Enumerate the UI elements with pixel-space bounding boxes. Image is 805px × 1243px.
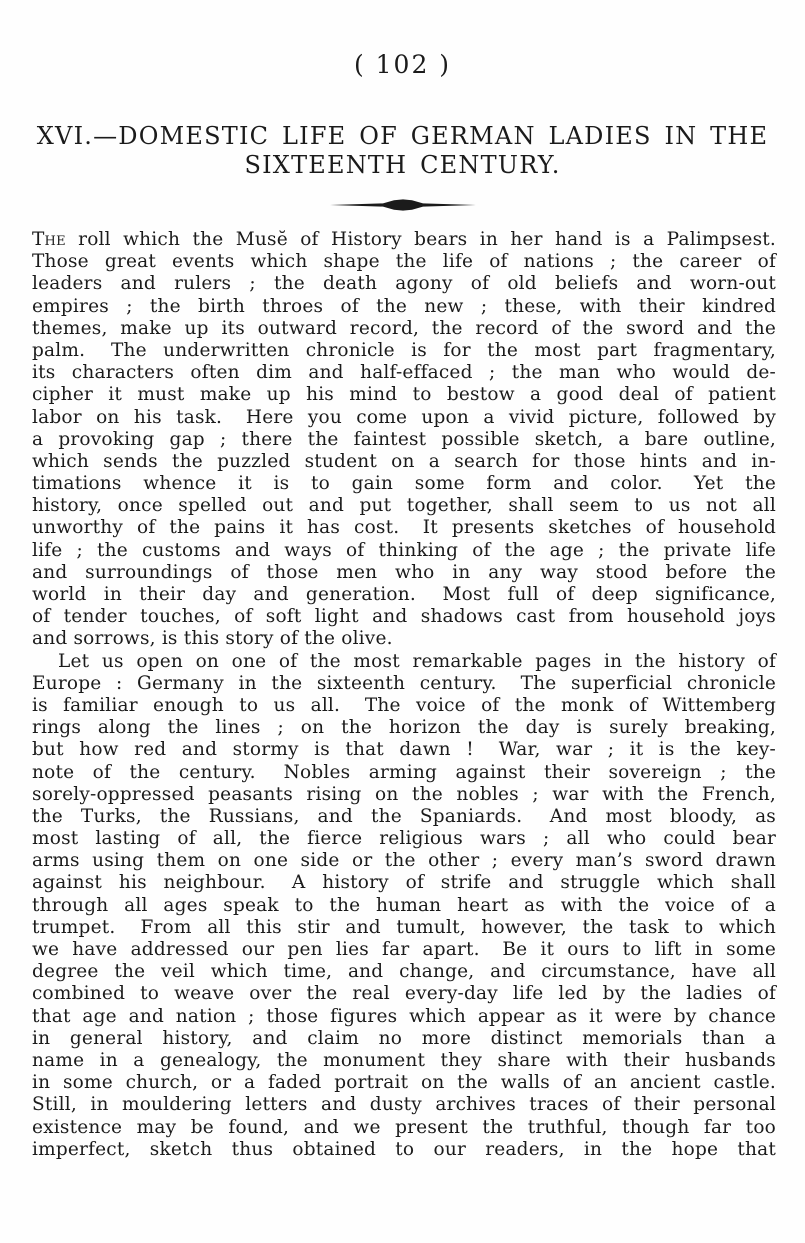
text-line: in general history, and claim no more di… xyxy=(32,1028,776,1050)
text-line: but how red and stormy is that dawn ! Wa… xyxy=(32,739,776,761)
text-line: its characters often dim and half-efface… xyxy=(32,362,776,384)
article-title-line-2: SIXTEENTH CENTURY. xyxy=(0,151,805,180)
section-divider-ornament xyxy=(328,197,478,211)
text-line: against his neighbour. A history of stri… xyxy=(32,872,776,894)
text-line: is familiar enough to us all. The voice … xyxy=(32,695,776,717)
book-page: ( 102 ) XVI.—DOMESTIC LIFE OF GERMAN LAD… xyxy=(0,0,805,1243)
text-line: Those great events which shape the life … xyxy=(32,251,776,273)
article-title: XVI.—DOMESTIC LIFE OF GERMAN LADIES IN T… xyxy=(0,122,805,180)
text-line: empires ; the birth throes of the new ; … xyxy=(32,296,776,318)
text-line: we have addressed our pen lies far apart… xyxy=(32,939,776,961)
text-line: world in their day and generation. Most … xyxy=(32,584,776,606)
text-line: history, once spelled out and put togeth… xyxy=(32,495,776,517)
text-line: Europe : Germany in the sixteenth centur… xyxy=(32,673,776,695)
text-line: timations whence it is to gain some form… xyxy=(32,473,776,495)
text-line: which sends the puzzled student on a sea… xyxy=(32,451,776,473)
text-line: in some church, or a faded portrait on t… xyxy=(32,1072,776,1094)
text-line: arms using them on one side or the other… xyxy=(32,850,776,872)
text-line: Still, in mouldering letters and dusty a… xyxy=(32,1094,776,1116)
text-line: a provoking gap ; there the faintest pos… xyxy=(32,429,776,451)
text-line: through all ages speak to the human hear… xyxy=(32,895,776,917)
text-line: sorely-oppressed peasants rising on the … xyxy=(32,784,776,806)
text-line: that age and nation ; those figures whic… xyxy=(32,1006,776,1028)
text-line: The roll which the Musĕ of History bears… xyxy=(32,229,776,251)
text-line: note of the century. Nobles arming again… xyxy=(32,762,776,784)
text-line: imperfect, sketch thus obtained to our r… xyxy=(32,1139,776,1161)
text-line: existence may be found, and we present t… xyxy=(32,1117,776,1139)
page-number: ( 102 ) xyxy=(0,50,805,79)
article-body: The roll which the Musĕ of History bears… xyxy=(32,229,776,1161)
text-line: cipher it must make up his mind to besto… xyxy=(32,384,776,406)
text-line: unworthy of the pains it has cost. It pr… xyxy=(32,517,776,539)
text-line: and sorrows, is this story of the olive. xyxy=(32,628,776,650)
text-line: palm. The underwritten chronicle is for … xyxy=(32,340,776,362)
text-line: degree the veil which time, and change, … xyxy=(32,961,776,983)
text-line: labor on his task. Here you come upon a … xyxy=(32,407,776,429)
text-line: combined to weave over the real every-da… xyxy=(32,983,776,1005)
article-title-line-1: XVI.—DOMESTIC LIFE OF GERMAN LADIES IN T… xyxy=(0,122,805,151)
text-line: rings along the lines ; on the horizon t… xyxy=(32,717,776,739)
text-line: the Turks, the Russians, and the Spaniar… xyxy=(32,806,776,828)
text-line: name in a genealogy, the monument they s… xyxy=(32,1050,776,1072)
text-line: most lasting of all, the fierce religiou… xyxy=(32,828,776,850)
text-line: and surroundings of those men who in any… xyxy=(32,562,776,584)
text-line: of tender touches, of soft light and sha… xyxy=(32,606,776,628)
text-line: trumpet. From all this stir and tumult, … xyxy=(32,917,776,939)
lead-word-small-caps: The xyxy=(32,229,66,250)
text-line: themes, make up its outward record, the … xyxy=(32,318,776,340)
text-line: leaders and rulers ; the death agony of … xyxy=(32,273,776,295)
text-line: life ; the customs and ways of thinking … xyxy=(32,540,776,562)
text-line: Let us open on one of the most remarkabl… xyxy=(32,651,776,673)
